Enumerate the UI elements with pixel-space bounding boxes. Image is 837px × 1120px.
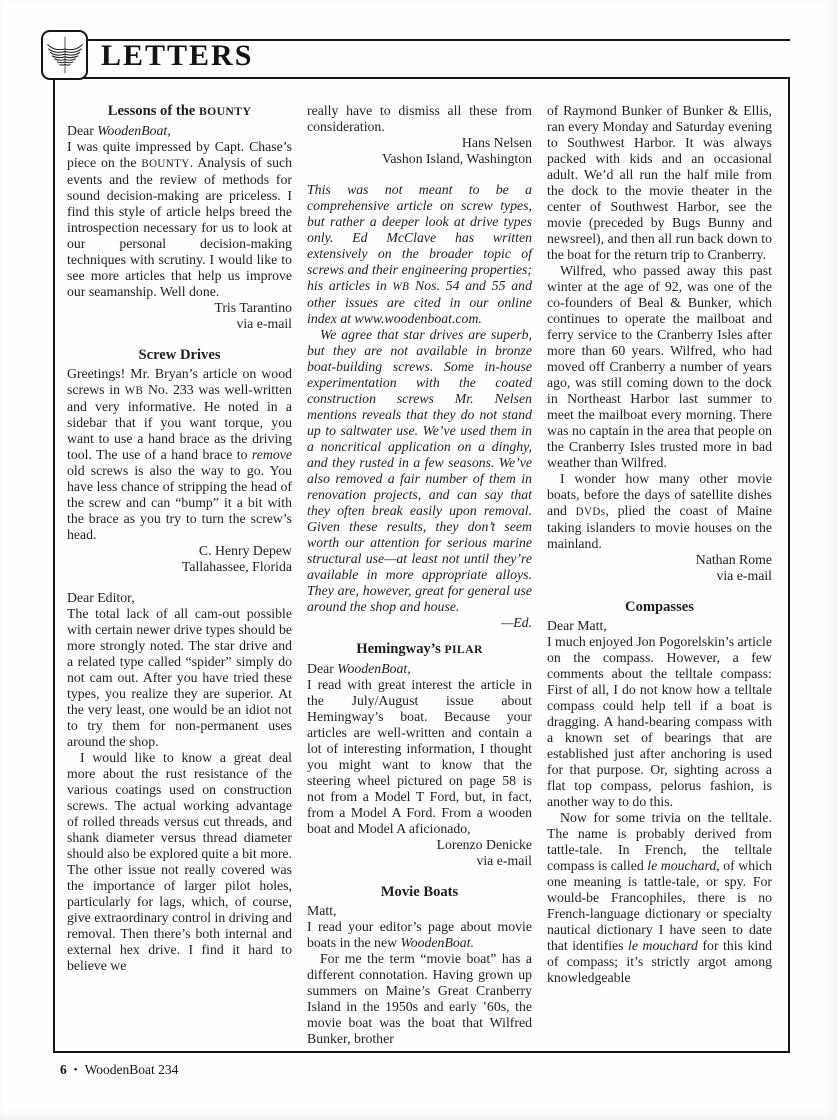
text-segment: really have to dismiss all these from co…	[307, 103, 532, 134]
text-segment: Movie Boats	[381, 884, 458, 900]
text-segment: le mouchard	[647, 858, 716, 873]
text-segment: WB	[125, 385, 144, 397]
letter-paragraph: The total lack of all cam-out possible w…	[67, 606, 292, 750]
text-segment: I much enjoyed Jon Pogorelskin’s article…	[547, 634, 772, 809]
letter-paragraph: Now for some trivia on the telltale. The…	[547, 810, 772, 986]
letter-heading: Lessons of the BOUNTY	[67, 103, 292, 120]
letter-paragraph: Wilfred, who passed away this past winte…	[547, 263, 772, 471]
letter-paragraph: really have to dismiss all these from co…	[307, 103, 532, 135]
editor-attribution: —Ed.	[307, 615, 532, 631]
text-segment: Dear Editor,	[67, 590, 135, 605]
letter-paragraph: I much enjoyed Jon Pogorelskin’s article…	[547, 634, 772, 810]
signature-line: Hans Nelsen	[307, 135, 532, 151]
text-segment: This was not meant to be a comprehensive…	[307, 182, 532, 293]
text-segment: Wilfred, who passed away this past winte…	[547, 263, 772, 470]
letter-paragraph: We agree that star drives are superb, bu…	[307, 327, 532, 615]
text-segment: We agree that star drives are superb, bu…	[307, 327, 532, 614]
woodenboat-logo	[41, 30, 88, 80]
magazine-letters-page: LETTERS Lessons of the BOUNTYDear Wooden…	[0, 0, 837, 1120]
text-segment: le mouchard	[628, 938, 698, 953]
text-segment: Hemingway’s	[356, 641, 444, 657]
text-segment: For me the term “movie boat” has a diffe…	[307, 951, 532, 1046]
signature-line: Lorenzo Denicke	[307, 837, 532, 853]
column-3: of Raymond Bunker of Bunker & Ellis, ran…	[547, 103, 772, 1051]
signature-line: Tris Tarantino	[67, 300, 292, 316]
page-footer: 6•WoodenBoat 234	[60, 1062, 178, 1078]
text-segment: WoodenBoat.	[401, 935, 474, 950]
text-segment: remove	[252, 447, 292, 462]
letter-signature: Hans NelsenVashon Island, Washington	[307, 135, 532, 167]
letter-heading: Compasses	[547, 599, 772, 615]
letter-signature: Tris Tarantinovia e-mail	[67, 300, 292, 332]
text-segment: WoodenBoat,	[97, 123, 170, 138]
publication-name: WoodenBoat 234	[85, 1062, 179, 1077]
footer-separator: •	[67, 1064, 85, 1076]
letter-paragraph: Greetings! Mr. Bryan’s article on wood s…	[67, 366, 292, 543]
letter-salutation: Matt,	[307, 903, 532, 919]
text-segment: WoodenBoat,	[337, 661, 410, 676]
letter-signature: Lorenzo Denickevia e-mail	[307, 837, 532, 869]
text-segment: BOUNTY	[199, 105, 251, 118]
letter-paragraph: I would like to know a great deal more a…	[67, 750, 292, 974]
signature-line: Vashon Island, Washington	[307, 151, 532, 167]
signature-line: via e-mail	[307, 853, 532, 869]
page-number: 6	[60, 1062, 67, 1077]
letters-content-frame: Lessons of the BOUNTYDear WoodenBoat,I w…	[53, 77, 790, 1053]
signature-line: Nathan Rome	[547, 552, 772, 568]
text-segment: I would like to know a great deal more a…	[67, 750, 292, 973]
text-segment: Dear	[67, 123, 97, 138]
text-segment: Lessons of the	[108, 103, 199, 119]
letter-heading: Movie Boats	[307, 884, 532, 900]
letter-paragraph: For me the term “movie boat” has a diffe…	[307, 951, 532, 1047]
column-1: Lessons of the BOUNTYDear WoodenBoat,I w…	[67, 103, 292, 1051]
boat-lines-icon	[46, 34, 84, 76]
text-segment: Screw Drives	[139, 347, 221, 363]
text-segment: Compasses	[625, 599, 694, 615]
letter-paragraph: I wonder how many other movie boats, bef…	[547, 471, 772, 552]
letter-signature: C. Henry DepewTallahassee, Florida	[67, 543, 292, 575]
text-segment: old screws is also the way to go. You ha…	[67, 463, 292, 542]
signature-line: Tallahassee, Florida	[67, 559, 292, 575]
letter-salutation: Dear Matt,	[547, 618, 772, 634]
text-segment: I read with great interest the article i…	[307, 677, 532, 836]
section-title: LETTERS	[101, 41, 253, 71]
letter-paragraph: I read your editor’s page about movie bo…	[307, 919, 532, 951]
text-segment: Dear Matt,	[547, 618, 607, 633]
letter-paragraph: I was quite impressed by Capt. Chase’s p…	[67, 139, 292, 300]
letter-heading: Screw Drives	[67, 347, 292, 363]
letter-signature: Nathan Romevia e-mail	[547, 552, 772, 584]
letter-paragraph: I read with great interest the article i…	[307, 677, 532, 837]
text-segment: . Analysis of such events and the review…	[67, 155, 292, 299]
letter-salutation: Dear Editor,	[67, 590, 292, 606]
column-2: really have to dismiss all these from co…	[307, 103, 532, 1051]
letter-paragraph: of Raymond Bunker of Bunker & Ellis, ran…	[547, 103, 772, 263]
text-segment: BOUNTY	[141, 158, 189, 170]
signature-line: via e-mail	[547, 568, 772, 584]
text-segment: DVDs	[576, 506, 606, 518]
letter-salutation: Dear WoodenBoat,	[67, 123, 292, 139]
signature-line: via e-mail	[67, 316, 292, 332]
text-segment: PILAR	[444, 643, 482, 656]
letter-paragraph: This was not meant to be a comprehensive…	[307, 182, 532, 327]
text-segment: WB	[393, 281, 410, 293]
signature-line: C. Henry Depew	[67, 543, 292, 559]
text-segment: of Raymond Bunker of Bunker & Ellis, ran…	[547, 103, 772, 262]
text-segment: The total lack of all cam-out possible w…	[67, 606, 292, 749]
text-segment: Dear	[307, 661, 337, 676]
letter-heading: Hemingway’s PILAR	[307, 641, 532, 658]
letter-salutation: Dear WoodenBoat,	[307, 661, 532, 677]
text-segment: Matt,	[307, 903, 337, 918]
text-segment: —Ed.	[501, 615, 532, 630]
